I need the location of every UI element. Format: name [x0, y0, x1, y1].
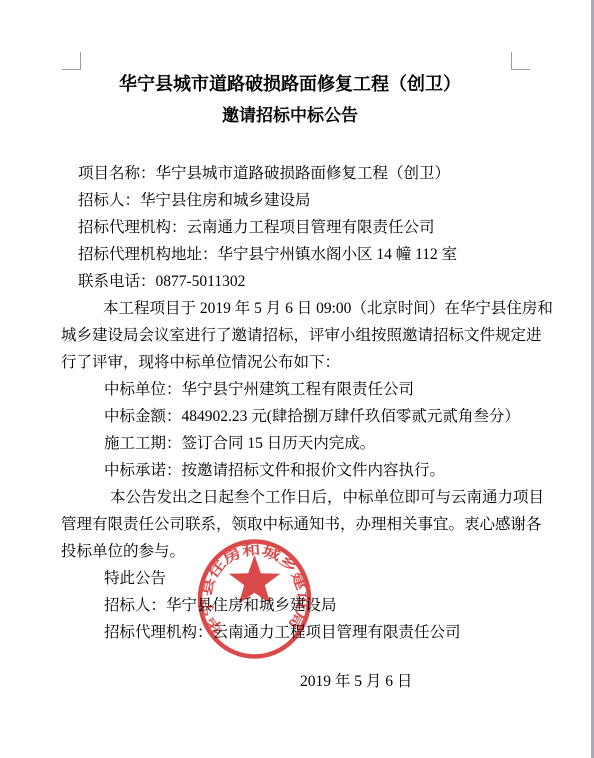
document-date: 2019 年 5 月 6 日 [61, 668, 547, 695]
margin-corner-mark-top-left [62, 52, 81, 70]
document-body: 项目名称：华宁县城市道路破损路面修复工程（创卫） 招标人：华宁县住房和城乡建设局… [61, 160, 547, 695]
signature-tenderee: 招标人：华宁县住房和城乡建设局 [61, 592, 547, 619]
field-bid-commitment: 中标承诺：按邀请招标文件和报价文件内容执行。 [61, 457, 547, 484]
title-line-2: 邀请招标中标公告 [0, 100, 580, 132]
field-project-name: 项目名称：华宁县城市道路破损路面修复工程（创卫） [61, 160, 547, 187]
paragraph-evaluation-line-3: 行了评审，现将中标单位情况公布如下： [61, 349, 547, 376]
margin-corner-mark-top-right [511, 52, 530, 70]
paragraph-notice-line-2: 管理有限责任公司联系，领取中标通知书，办理相关事宜。衷心感谢各 [61, 511, 547, 538]
closing-statement: 特此公告 [61, 565, 547, 592]
document-page: 华宁县城市道路破损路面修复工程（创卫） 邀请招标中标公告 项目名称：华宁县城市道… [0, 0, 594, 758]
field-tenderee: 招标人：华宁县住房和城乡建设局 [61, 187, 547, 214]
document-title: 华宁县城市道路破损路面修复工程（创卫） 邀请招标中标公告 [0, 0, 594, 132]
paragraph-notice-line-3: 投标单位的参与。 [61, 538, 547, 565]
field-contact-phone: 联系电话：0877-5011302 [61, 268, 547, 295]
field-agency: 招标代理机构：云南通力工程项目管理有限责任公司 [61, 214, 547, 241]
title-line-1: 华宁县城市道路破损路面修复工程（创卫） [0, 68, 580, 100]
paragraph-evaluation-line-1: 本工程项目于 2019 年 5 月 6 日 09:00（北京时间）在华宁县住房和 [61, 295, 547, 322]
paragraph-evaluation-line-2: 城乡建设局会议室进行了邀请招标，评审小组按照邀请招标文件规定进 [61, 322, 547, 349]
field-winning-bidder: 中标单位：华宁县宁州建筑工程有限责任公司 [61, 376, 547, 403]
signature-agency: 招标代理机构：云南通力工程项目管理有限责任公司 [61, 619, 547, 646]
field-winning-amount: 中标金额：484902.23 元(肆拾捌万肆仟玖佰零贰元贰角叁分） [61, 403, 547, 430]
paragraph-notice-line-1: 本公告发出之日起叁个工作日后，中标单位即可与云南通力项目 [61, 484, 547, 511]
field-agency-address: 招标代理机构地址：华宁县宁州镇水阁小区 14 幢 112 室 [61, 241, 547, 268]
field-construction-period: 施工工期：签订合同 15 日历天内完成。 [61, 430, 547, 457]
